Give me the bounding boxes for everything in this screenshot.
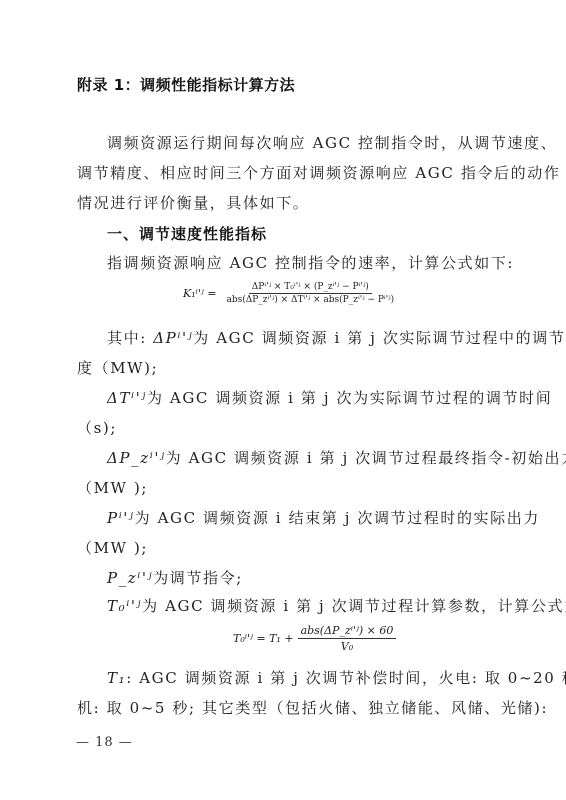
intro-line-1: 调频资源运行期间每次响应 AGC 控制指令时，从调节速度、 xyxy=(107,133,497,153)
section-heading: 一、调节速度性能指标 xyxy=(107,223,267,244)
definition-pz: P_zⁱ'ʲ为调节指令; xyxy=(107,568,497,588)
definition-delta-pz-cont: （MW ); xyxy=(77,478,497,498)
definition-delta-p: 其中: ΔPⁱ'ʲ为 AGC 调频资源 i 第 j 次实际调节过程中的调节幅 xyxy=(107,328,497,348)
section-description: 指调频资源响应 AGC 控制指令的速率，计算公式如下: xyxy=(107,253,497,273)
definition-p-cont: （MW ); xyxy=(77,538,497,558)
formula-t0: T₀ⁱ'ʲ = T₁ + abs(ΔP_zⁱ'ʲ) × 60 V₀ xyxy=(233,624,396,653)
intro-line-2: 调节精度、相应时间三个方面对调频资源响应 AGC 指令后的动作 xyxy=(77,163,497,183)
definition-text: 为 AGC 调频资源 i 第 j 次实际调节过程中的调节幅 xyxy=(193,329,566,347)
symbol-t1: T₁ xyxy=(107,669,126,687)
formula-t0-denominator: V₀ xyxy=(338,639,356,653)
definition-t1-cont: 机: 取 0~5 秒; 其它类型（包括火储、独立储能、风储、光储): xyxy=(77,698,497,718)
formula-t0-numerator: abs(ΔP_zⁱ'ʲ) × 60 xyxy=(298,624,397,639)
formula-k1-numerator: ΔPⁱ'ʲ × T₀ⁱ'ʲ × (P_zⁱ'ʲ − Pⁱ'ʲ) xyxy=(249,282,372,294)
formula-k1-denominator: abs(ΔP_zⁱ'ʲ) × ΔTⁱ'ʲ × abs(P_zⁱ'ʲ − Pⁱ'ʲ… xyxy=(223,294,397,305)
formula-k1-fraction: ΔPⁱ'ʲ × T₀ⁱ'ʲ × (P_zⁱ'ʲ − Pⁱ'ʲ) abs(ΔP_z… xyxy=(223,282,397,305)
symbol-delta-t: ΔTⁱ'ʲ xyxy=(107,389,147,407)
definition-text: 为 AGC 调频资源 i 结束第 j 次调节过程时的实际出力 xyxy=(135,509,540,527)
formula-k1-lhs: K₁ⁱ'ʲ = xyxy=(183,287,216,300)
definition-text: 为 AGC 调频资源 i 第 j 次调节过程计算参数，计算公式为: xyxy=(142,597,566,615)
symbol-t0: T₀ⁱ'ʲ xyxy=(107,597,142,615)
definition-t1: T₁: AGC 调频资源 i 第 j 次调节补偿时间，火电: 取 0~20 秒;… xyxy=(107,668,497,688)
definition-delta-t: ΔTⁱ'ʲ为 AGC 调频资源 i 第 j 次为实际调节过程的调节时间 xyxy=(107,388,497,408)
definition-p: Pⁱ'ʲ为 AGC 调频资源 i 结束第 j 次调节过程时的实际出力 xyxy=(107,508,497,528)
symbol-delta-pz: ΔP_zⁱ'ʲ xyxy=(107,449,166,467)
appendix-title: 附录 1：调频性能指标计算方法 xyxy=(77,74,295,95)
formula-t0-lhs: T₀ⁱ'ʲ = T₁ + xyxy=(233,632,294,645)
definition-text: 为 AGC 调频资源 i 第 j 次为实际调节过程的调节时间 xyxy=(147,389,552,407)
definition-text: 为调节指令; xyxy=(153,569,243,587)
definition-delta-t-cont: （s); xyxy=(77,418,497,438)
definition-text: 为 AGC 调频资源 i 第 j 次调节过程最终指令-初始出力 xyxy=(166,449,566,467)
symbol-pz: P_zⁱ'ʲ xyxy=(107,569,153,587)
formula-t0-fraction: abs(ΔP_zⁱ'ʲ) × 60 V₀ xyxy=(298,624,397,653)
formula-k1: K₁ⁱ'ʲ = ΔPⁱ'ʲ × T₀ⁱ'ʲ × (P_zⁱ'ʲ − Pⁱ'ʲ) … xyxy=(183,282,397,305)
document-page: 附录 1：调频性能指标计算方法 调频资源运行期间每次响应 AGC 控制指令时，从… xyxy=(0,0,566,800)
symbol-p: Pⁱ'ʲ xyxy=(107,509,135,527)
page-number: — 18 — xyxy=(76,735,133,750)
definition-delta-p-cont: 度（MW); xyxy=(77,358,497,378)
definition-prefix: 其中: xyxy=(107,329,153,347)
intro-line-3: 情况进行评价衡量，具体如下。 xyxy=(77,193,497,213)
definition-text: : AGC 调频资源 i 第 j 次调节补偿时间，火电: 取 0~20 秒; 燃 xyxy=(126,669,566,687)
definition-delta-pz: ΔP_zⁱ'ʲ为 AGC 调频资源 i 第 j 次调节过程最终指令-初始出力 xyxy=(107,448,497,468)
symbol-delta-p: ΔPⁱ'ʲ xyxy=(153,329,193,347)
definition-t0: T₀ⁱ'ʲ为 AGC 调频资源 i 第 j 次调节过程计算参数，计算公式为: xyxy=(107,596,497,616)
